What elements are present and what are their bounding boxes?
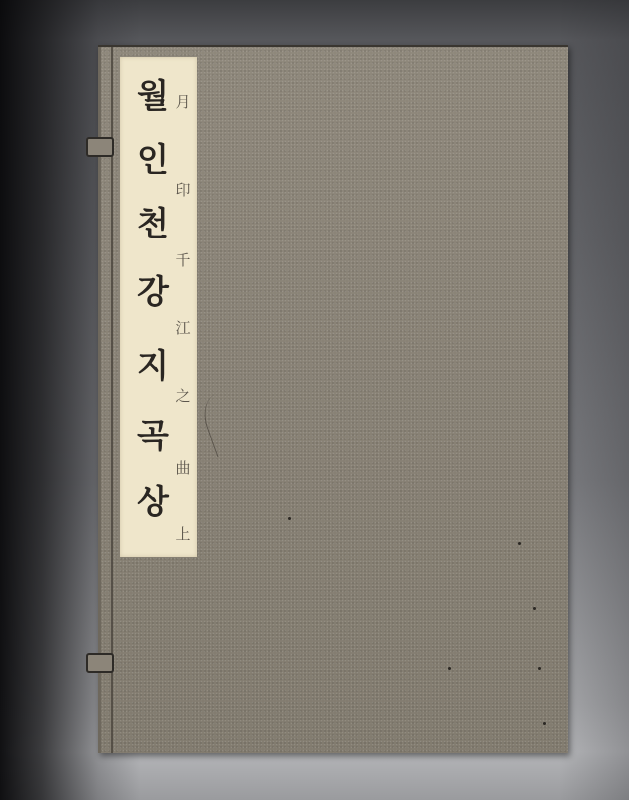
title-hanja-4: 江 xyxy=(172,321,194,336)
title-hanja-5: 之 xyxy=(172,389,194,404)
book-cover: 월 月 인 印 천 千 강 江 지 之 곡 曲 상 上 xyxy=(98,45,568,753)
binding-tie-bottom xyxy=(86,653,114,673)
title-hanja-1: 月 xyxy=(172,95,194,110)
title-char-1: 월 xyxy=(130,79,176,112)
title-char-4: 강 xyxy=(130,275,176,308)
speck xyxy=(543,722,546,725)
title-label: 월 月 인 印 천 千 강 江 지 之 곡 曲 상 上 xyxy=(120,57,197,557)
right-shadow xyxy=(559,0,629,800)
title-hanja-7: 上 xyxy=(172,527,194,542)
binding-tie-top xyxy=(86,137,114,157)
title-hanja-2: 印 xyxy=(172,183,194,198)
speck xyxy=(448,667,451,670)
speck xyxy=(518,542,521,545)
title-char-2: 인 xyxy=(130,143,176,176)
speck xyxy=(538,667,541,670)
title-hanja-3: 千 xyxy=(172,253,194,268)
title-hanja-6: 曲 xyxy=(172,461,194,476)
title-char-7: 상 xyxy=(130,485,176,518)
speck xyxy=(533,607,536,610)
speck xyxy=(288,517,291,520)
title-char-3: 천 xyxy=(130,207,176,240)
cover-scratch xyxy=(197,387,256,457)
title-char-6: 곡 xyxy=(130,419,176,452)
title-char-5: 지 xyxy=(130,349,176,382)
